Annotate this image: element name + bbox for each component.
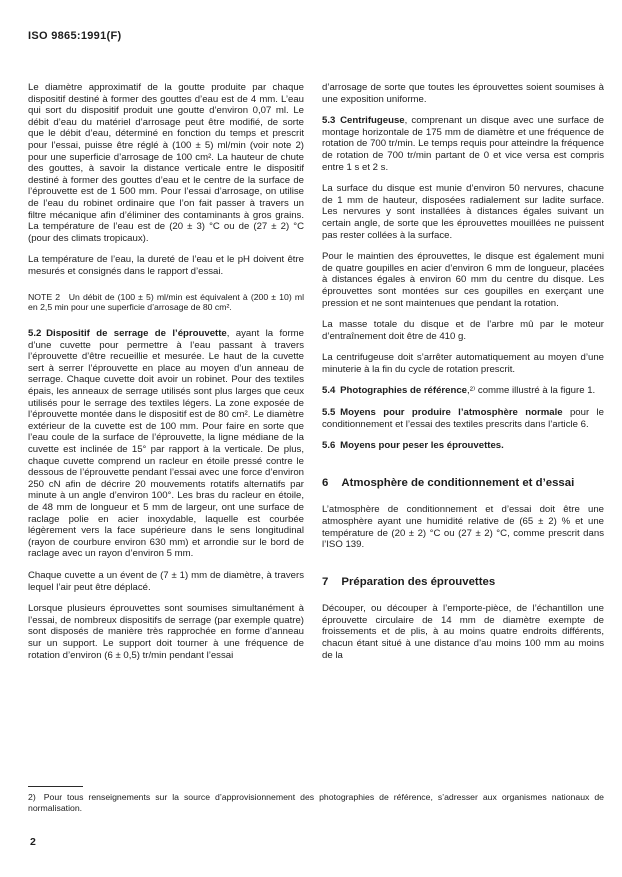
section-paragraph: 5.4 Photographies de référence,²⁾ comme … [322,385,604,397]
clause-number: 7 [322,576,328,588]
body-paragraph: L’atmosphère de conditionnement et d’ess… [322,504,604,550]
section-lead: 5.3 Centrifugeuse [322,115,405,126]
section-lead: 5.6 Moyens pour peser les éprouvettes. [322,440,504,451]
paragraph-text: Pour le maintien des éprouvettes, le dis… [322,251,604,308]
paragraph-text: Le diamètre approximatif de la goutte pr… [28,82,304,244]
paragraph-text: NOTE 2 Un débit de (100 ± 5) ml/min est … [28,292,304,313]
footnote-rule [28,786,83,787]
paragraph-text: L’atmosphère de conditionnement et d’ess… [322,504,604,550]
paragraph-text: Lorsque plusieurs éprouvettes sont soumi… [28,603,304,660]
left-column: Le diamètre approximatif de la goutte pr… [28,82,304,782]
body-paragraph: Lorsque plusieurs éprouvettes sont soumi… [28,603,304,661]
paragraph-text: La centrifugeuse doit s’arrêter automati… [322,352,604,375]
section-paragraph: 5.3 Centrifugeuse, comprenant un disque … [322,115,604,173]
right-column: d’arrosage de sorte que toutes les éprou… [322,82,604,782]
standard-reference: ISO 9865:1991(F) [28,30,121,42]
body-paragraph: La température de l’eau, la dureté de l’… [28,254,304,277]
body-paragraph: Pour le maintien des éprouvettes, le dis… [322,251,604,309]
clause-number: 6 [322,477,328,489]
page-number: 2 [30,836,36,848]
body-paragraph: Découper, ou découper à l’emporte-pièce,… [322,603,604,661]
footnote: 2)Pour tous renseignements sur la source… [28,786,604,813]
paragraph-text: La température de l’eau, la dureté de l’… [28,254,304,277]
body-paragraph: La centrifugeuse doit s’arrêter automati… [322,352,604,375]
footnote-text: 2)Pour tous renseignements sur la source… [28,792,604,813]
body-paragraph: La masse totale du disque et de l’arbre … [322,319,604,342]
section-lead: 5.5 Moyens pour produire l’atmosphère no… [322,407,563,418]
note-paragraph: NOTE 2 Un débit de (100 ± 5) ml/min est … [28,292,304,314]
body-paragraph: d’arrosage de sorte que toutes les éprou… [322,82,604,105]
document-page: ISO 9865:1991(F) Le diamètre approximati… [0,0,622,877]
section-lead: 5.4 Photographies de référence [322,385,467,396]
footnote-body: Pour tous renseignements sur la source d… [28,792,604,813]
body-paragraph: Chaque cuvette a un évent de (7 ± 1) mm … [28,570,304,593]
section-paragraph: 5.5 Moyens pour produire l’atmosphère no… [322,407,604,430]
body-paragraph: La surface du disque est munie d’environ… [322,183,604,241]
paragraph-text: , ayant la forme d’une cuvette pour perm… [28,328,304,559]
page-header: ISO 9865:1991(F) [28,30,121,42]
paragraph-text: d’arrosage de sorte que toutes les éprou… [322,82,604,105]
paragraph-text: ,²⁾ comme illustré à la figure 1. [467,385,595,396]
section-paragraph: 5.6 Moyens pour peser les éprouvettes. [322,440,604,452]
paragraph-text: La surface du disque est munie d’environ… [322,183,604,240]
two-column-body: Le diamètre approximatif de la goutte pr… [28,82,604,782]
section-paragraph: 5.2 Dispositif de serrage de l’éprouvett… [28,328,304,560]
clause-title: Préparation des éprouvettes [341,576,495,588]
paragraph-text: La masse totale du disque et de l’arbre … [322,319,604,342]
paragraph-text: Découper, ou découper à l’emporte-pièce,… [322,603,604,660]
clause-title: Atmosphère de conditionnement et d’essai [341,477,574,489]
body-paragraph: Le diamètre approximatif de la goutte pr… [28,82,304,244]
clause-heading: 6Atmosphère de conditionnement et d’essa… [322,476,604,491]
paragraph-text: Chaque cuvette a un évent de (7 ± 1) mm … [28,570,304,593]
section-lead: 5.2 Dispositif de serrage de l’éprouvett… [28,328,227,339]
footnote-marker: 2) [28,792,36,802]
clause-heading: 7Préparation des éprouvettes [322,575,604,590]
